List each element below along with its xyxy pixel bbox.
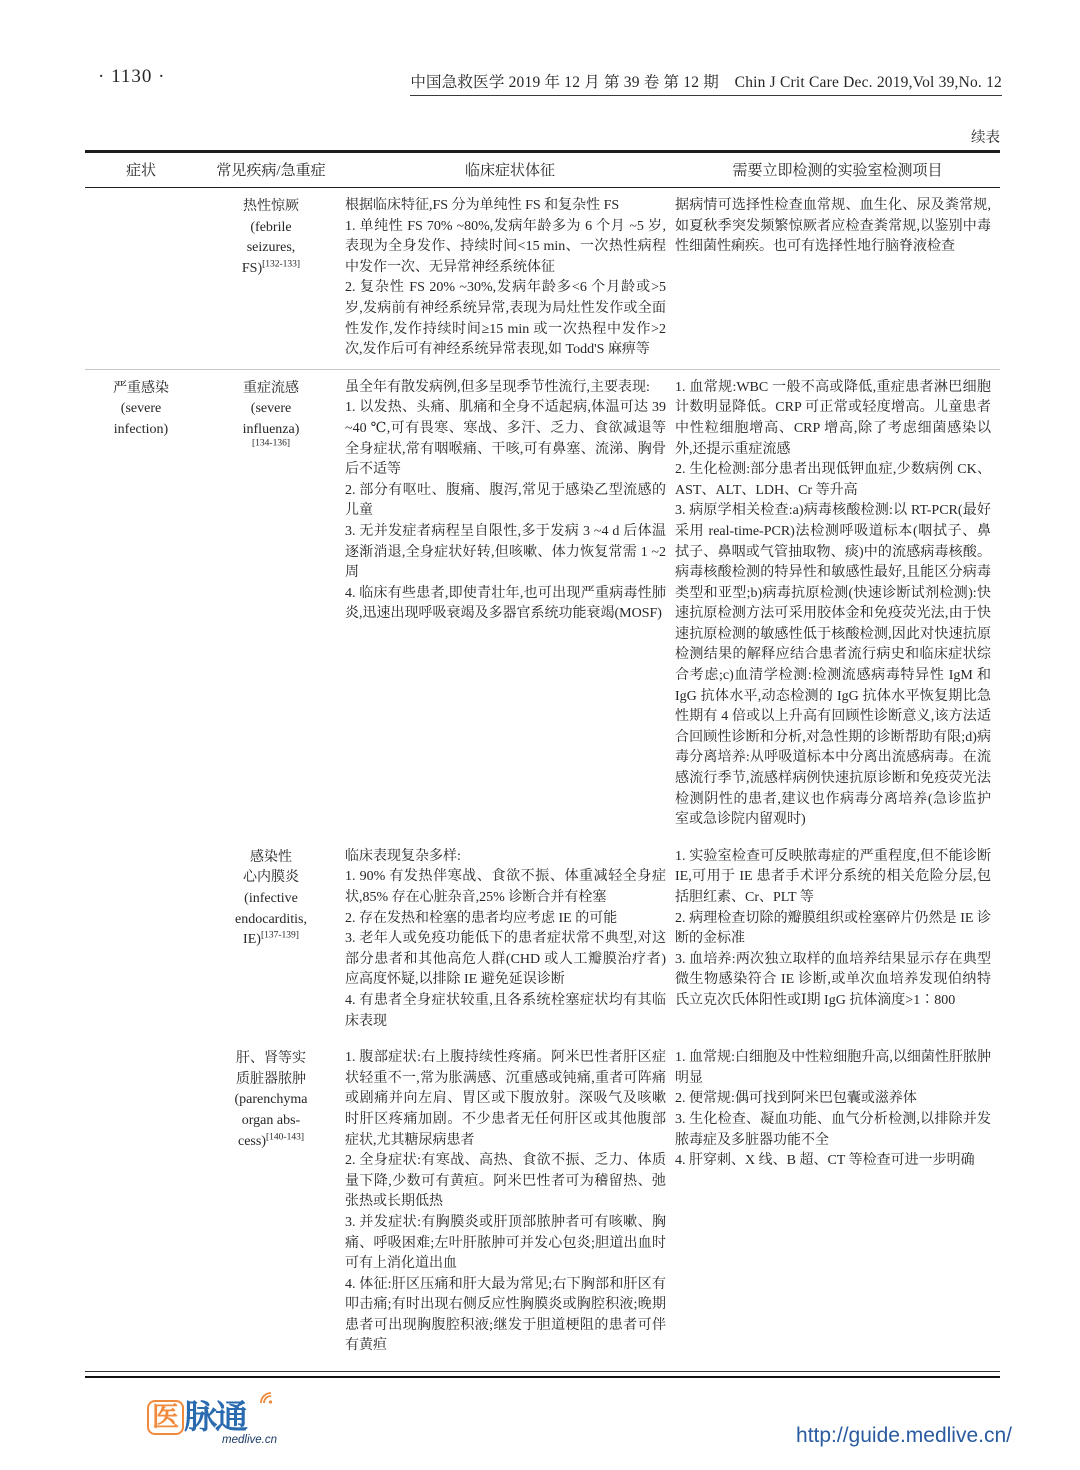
clinical-cell: 虽全年有散发病例,但多呈现季节性流行,主要表现:1. 以发热、头痛、肌痛和全身不… bbox=[345, 378, 675, 831]
column-header-lab: 需要立即检测的实验室检测项目 bbox=[675, 159, 1000, 180]
lab-cell: 1. 血常规:WBC 一般不高或降低,重症患者淋巴细胞计数明显降低。CRP 可正… bbox=[675, 378, 1000, 831]
clinical-paragraph: 1. 90% 有发热伴寒战、食欲不振、体重减轻全身症状,85% 存在心脏杂音,2… bbox=[345, 867, 666, 908]
table-header-row: 症状 常见疾病/急重症 临床症状体征 需要立即检测的实验室检测项目 bbox=[85, 153, 1000, 188]
guide-url-link[interactable]: http://guide.medlive.cn/ bbox=[796, 1424, 1012, 1448]
lab-paragraph: 3. 病原学相关检查:a)病毒核酸检测:以 RT-PCR(最好采用 real-t… bbox=[675, 501, 991, 831]
clinical-paragraph: 1. 腹部症状:右上腹持续性疼痛。阿米巴性者肝区症状轻重不一,常为胀满感、沉重感… bbox=[345, 1048, 666, 1151]
disease-name-line: endocarditis, bbox=[205, 910, 337, 931]
clinical-paragraph: 1. 单纯性 FS 70% ~80%,发病年龄多为 6 个月 ~5 岁,表现为全… bbox=[345, 217, 666, 279]
clinical-cell: 1. 腹部症状:右上腹持续性疼痛。阿米巴性者肝区症状轻重不一,常为胀满感、沉重感… bbox=[345, 1048, 675, 1357]
reference-superscript-line: [134-136] bbox=[205, 441, 337, 455]
clinical-paragraph: 2. 复杂性 FS 20% ~30%,发病年龄多<6 个月龄或>5 岁,发病前有… bbox=[345, 278, 666, 360]
reference-superscript: [134-136] bbox=[252, 438, 290, 448]
section-rows: 重症流感(severeinfluenza)[134-136]虽全年有散发病例,但… bbox=[197, 378, 1000, 1357]
symptom-table: 续表 症状 常见疾病/急重症 临床症状体征 需要立即检测的实验室检测项目 热性惊… bbox=[85, 126, 1000, 1378]
lab-paragraph: 3. 生化检查、凝血功能、血气分析检测,以排除并发脓毒症及多脏器功能不全 bbox=[675, 1110, 991, 1151]
disease-name-line: FS)[132-133] bbox=[205, 259, 337, 280]
medlive-logo-domain: medlive.cn bbox=[147, 1434, 277, 1446]
lab-paragraph: 2. 便常规:偶可找到阿米巴包囊或滋养体 bbox=[675, 1089, 991, 1110]
disease-cell: 肝、肾等实质脏器脓肿(parenchymaorgan abs-cess)[140… bbox=[197, 1048, 345, 1357]
lab-paragraph: 2. 生化检测:部分患者出现低钾血症,少数病例 CK、AST、ALT、LDH、C… bbox=[675, 460, 991, 501]
disease-name-line: (severe bbox=[205, 399, 337, 420]
table-row: 感染性心内膜炎(infectiveendocarditis,IE)[137-13… bbox=[197, 847, 1000, 1032]
disease-name-line: 心内膜炎 bbox=[205, 868, 337, 889]
clinical-cell: 根据临床特征,FS 分为单纯性 FS 和复杂性 FS1. 单纯性 FS 70% … bbox=[345, 196, 675, 361]
symptom-line: 严重感染 bbox=[85, 379, 197, 400]
disease-cell: 热性惊厥(febrileseizures,FS)[132-133] bbox=[197, 196, 345, 361]
table-row: 重症流感(severeinfluenza)[134-136]虽全年有散发病例,但… bbox=[197, 378, 1000, 831]
column-header-disease: 常见疾病/急重症 bbox=[197, 159, 345, 180]
disease-name-line: 热性惊厥 bbox=[205, 197, 337, 218]
table-bottom-rule bbox=[85, 1371, 1000, 1378]
table-row: 肝、肾等实质脏器脓肿(parenchymaorgan abs-cess)[140… bbox=[197, 1048, 1000, 1357]
clinical-paragraph: 3. 并发症状:有胸膜炎或肝顶部脓肿者可有咳嗽、胸痛、呼吸困难;左叶肝脓肿可并发… bbox=[345, 1213, 666, 1275]
clinical-paragraph: 2. 全身症状:有寒战、高热、食欲不振、乏力、体质量下降,少数可有黄疸。阿米巴性… bbox=[345, 1151, 666, 1213]
clinical-paragraph: 2. 存在发热和栓塞的患者均应考虑 IE 的可能 bbox=[345, 909, 666, 930]
disease-name-line: 感染性 bbox=[205, 848, 337, 869]
lab-paragraph: 据病情可选择性检查血常规、血生化、尿及粪常规,如夏秋季突发频繁惊厥者应检查粪常规… bbox=[675, 196, 991, 258]
lab-cell: 据病情可选择性检查血常规、血生化、尿及粪常规,如夏秋季突发频繁惊厥者应检查粪常规… bbox=[675, 196, 1000, 361]
medlive-logo-maitong-characters: 脉通 bbox=[184, 1399, 246, 1435]
symptom-cell: 严重感染(severeinfection) bbox=[85, 378, 197, 1357]
reference-superscript: [137-139] bbox=[261, 931, 299, 941]
disease-name-line: (parenchyma bbox=[205, 1090, 337, 1111]
section-rows: 热性惊厥(febrileseizures,FS)[132-133]根据临床特征,… bbox=[197, 196, 1000, 361]
medlive-logo-wordmark: 医 脉通 bbox=[147, 1399, 277, 1435]
disease-name-line: seizures, bbox=[205, 238, 337, 259]
disease-name-line: cess)[140-143] bbox=[205, 1132, 337, 1153]
column-header-symptom: 症状 bbox=[85, 159, 197, 180]
lab-paragraph: 1. 实验室检查可反映脓毒症的严重程度,但不能诊断 IE,可用于 IE 患者手术… bbox=[675, 847, 991, 909]
disease-name-line: 质脏器脓肿 bbox=[205, 1070, 337, 1091]
clinical-paragraph: 临床表现复杂多样: bbox=[345, 847, 666, 868]
clinical-paragraph: 虽全年有散发病例,但多呈现季节性流行,主要表现: bbox=[345, 378, 666, 399]
clinical-paragraph: 4. 体征:肝区压痛和肝大最为常见;右下胸部和肝区有叩击痛;有时出现右侧反应性胸… bbox=[345, 1275, 666, 1357]
clinical-paragraph: 4. 有患者全身症状较重,且各系统栓塞症状均有其临床表现 bbox=[345, 991, 666, 1032]
lab-paragraph: 3. 血培养:两次独立取样的血培养结果显示存在典型微生物感染符合 IE 诊断,或… bbox=[675, 950, 991, 1012]
clinical-paragraph: 4. 临床有些患者,即使青壮年,也可出现严重病毒性肺炎,迅速出现呼吸衰竭及多器官… bbox=[345, 584, 666, 625]
lab-paragraph: 2. 病理检查切除的瓣膜组织或栓塞碎片仍然是 IE 诊断的金标准 bbox=[675, 909, 991, 950]
clinical-paragraph: 3. 老年人或免疫功能低下的患者症状常不典型,对这部分患者和其他高危人群(CHD… bbox=[345, 929, 666, 991]
table-row: 热性惊厥(febrileseizures,FS)[132-133]根据临床特征,… bbox=[197, 196, 1000, 361]
disease-cell: 感染性心内膜炎(infectiveendocarditis,IE)[137-13… bbox=[197, 847, 345, 1032]
lab-cell: 1. 血常规:白细胞及中性粒细胞升高,以细菌性肝脓肿明显2. 便常规:偶可找到阿… bbox=[675, 1048, 1000, 1357]
clinical-paragraph: 1. 以发热、头痛、肌痛和全身不适起病,体温可达 39 ~40 ℃,可有畏寒、寒… bbox=[345, 398, 666, 480]
symptom-line: infection) bbox=[85, 420, 197, 441]
signal-icon bbox=[259, 1391, 275, 1405]
lab-cell: 1. 实验室检查可反映脓毒症的严重程度,但不能诊断 IE,可用于 IE 患者手术… bbox=[675, 847, 1000, 1032]
disease-cell: 重症流感(severeinfluenza)[134-136] bbox=[197, 378, 345, 831]
clinical-cell: 临床表现复杂多样:1. 90% 有发热伴寒战、食欲不振、体重减轻全身症状,85%… bbox=[345, 847, 675, 1032]
table-section: 严重感染(severeinfection)重症流感(severeinfluenz… bbox=[85, 369, 1000, 1365]
lab-paragraph: 4. 肝穿刺、X 线、B 超、CT 等检查可进一步明确 bbox=[675, 1151, 991, 1172]
lab-paragraph: 1. 血常规:WBC 一般不高或降低,重症患者淋巴细胞计数明显降低。CRP 可正… bbox=[675, 378, 991, 460]
continued-table-label: 续表 bbox=[85, 126, 1000, 150]
lab-paragraph: 1. 血常规:白细胞及中性粒细胞升高,以细菌性肝脓肿明显 bbox=[675, 1048, 991, 1089]
page-number: · 1130 · bbox=[98, 66, 165, 88]
medlive-logo: 医 脉通 medlive.cn bbox=[147, 1399, 277, 1446]
symptom-line: (severe bbox=[85, 399, 197, 420]
reference-superscript: [132-133] bbox=[262, 259, 300, 269]
clinical-paragraph: 根据临床特征,FS 分为单纯性 FS 和复杂性 FS bbox=[345, 196, 666, 217]
medlive-logo-yi-character: 医 bbox=[147, 1400, 184, 1435]
journal-citation: 中国急救医学 2019 年 12 月 第 39 卷 第 12 期 Chin J … bbox=[410, 70, 1002, 96]
disease-name-line: 肝、肾等实 bbox=[205, 1049, 337, 1070]
disease-name-line: organ abs- bbox=[205, 1111, 337, 1132]
table-body: 热性惊厥(febrileseizures,FS)[132-133]根据临床特征,… bbox=[85, 188, 1000, 1365]
disease-name-line: (infective bbox=[205, 889, 337, 910]
column-header-clinical: 临床症状体征 bbox=[345, 159, 675, 180]
disease-name-line: (febrile bbox=[205, 218, 337, 239]
clinical-paragraph: 2. 部分有呕吐、腹痛、腹泻,常见于感染乙型流感的儿童 bbox=[345, 481, 666, 522]
table-section: 热性惊厥(febrileseizures,FS)[132-133]根据临床特征,… bbox=[85, 188, 1000, 369]
symptom-cell bbox=[85, 196, 197, 361]
reference-superscript: [140-143] bbox=[266, 1132, 304, 1142]
disease-name-line: IE)[137-139] bbox=[205, 930, 337, 951]
clinical-paragraph: 3. 无并发症者病程呈自限性,多于发病 3 ~4 d 后体温逐渐消退,全身症状好… bbox=[345, 522, 666, 584]
disease-name-line: 重症流感 bbox=[205, 379, 337, 400]
